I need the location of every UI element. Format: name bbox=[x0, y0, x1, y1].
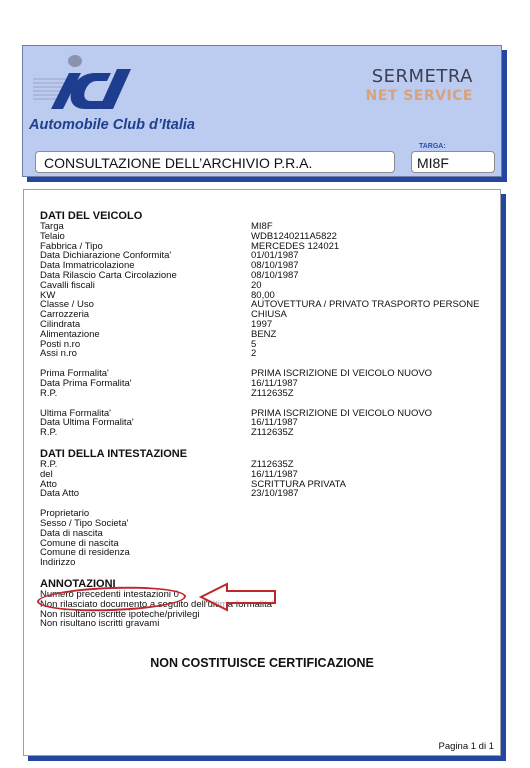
data-row: R.P.Z112635Z bbox=[40, 389, 500, 399]
data-row: Sesso / Tipo Societa' bbox=[40, 519, 500, 529]
partner-name: SERMETRA bbox=[372, 66, 473, 87]
data-row: Posti n.ro5 bbox=[40, 340, 500, 350]
document-body: DATI DEL VEICOLO TargaMI8FTelaioWDB12402… bbox=[23, 189, 501, 756]
brand-name: Automobile Club d’Italia bbox=[29, 117, 195, 133]
data-row: Assi n.ro2 bbox=[40, 349, 500, 359]
row-label: Data Atto bbox=[40, 489, 251, 499]
targa-field: MI8F bbox=[411, 151, 495, 173]
row-label: Assi n.ro bbox=[40, 349, 251, 359]
row-label: Cavalli fiscali bbox=[40, 281, 251, 291]
row-label: Data Ultima Formalita' bbox=[40, 418, 251, 428]
row-label: del bbox=[40, 470, 251, 480]
row-value: 2 bbox=[251, 349, 256, 359]
arrow-left-icon bbox=[199, 582, 279, 612]
intestazione-data-list: R.P.Z112635Zdel16/11/1987AttoSCRITTURA P… bbox=[40, 460, 500, 499]
data-row: Data Rilascio Carta Circolazione08/10/19… bbox=[40, 271, 500, 281]
row-label: R.P. bbox=[40, 460, 251, 470]
targa-label: TARGA: bbox=[419, 143, 446, 150]
data-row: R.P.Z112635Z bbox=[40, 428, 500, 438]
ultima-formalita-list: Ultima Formalita'PRIMA ISCRIZIONE DI VEI… bbox=[40, 409, 500, 438]
page-title: CONSULTAZIONE DELL’ARCHIVIO P.R.A. bbox=[35, 151, 395, 173]
partner-subtitle: NET SERVICE bbox=[365, 88, 473, 104]
data-row: Data Atto23/10/1987 bbox=[40, 489, 500, 499]
data-row: AlimentazioneBENZ bbox=[40, 330, 500, 340]
header-banner: Automobile Club d’Italia SERMETRA NET SE… bbox=[22, 45, 502, 177]
page-number: Pagina 1 di 1 bbox=[439, 741, 494, 752]
disclaimer: NON COSTITUISCE CERTIFICAZIONE bbox=[24, 656, 500, 670]
row-label: R.P. bbox=[40, 389, 251, 399]
annotation-line: Non risultano iscritti gravami bbox=[40, 619, 500, 629]
row-value: 23/10/1987 bbox=[251, 489, 299, 499]
row-label: R.P. bbox=[40, 428, 251, 438]
row-value: Z112635Z bbox=[251, 428, 294, 438]
row-value: Z112635Z bbox=[251, 389, 294, 399]
prima-formalita-list: Prima Formalita'PRIMA ISCRIZIONE DI VEIC… bbox=[40, 369, 500, 398]
row-label: Indirizzo bbox=[40, 558, 251, 568]
owner-data-list: ProprietarioSesso / Tipo Societa'Data di… bbox=[40, 509, 500, 568]
vehicle-data-list: TargaMI8FTelaioWDB1240211A5822Fabbrica /… bbox=[40, 222, 500, 359]
data-row: Comune di residenza bbox=[40, 548, 500, 558]
row-label: Data Prima Formalita' bbox=[40, 379, 251, 389]
data-row: Indirizzo bbox=[40, 558, 500, 568]
row-label: Targa bbox=[40, 222, 251, 232]
aci-logo-icon bbox=[33, 51, 143, 116]
